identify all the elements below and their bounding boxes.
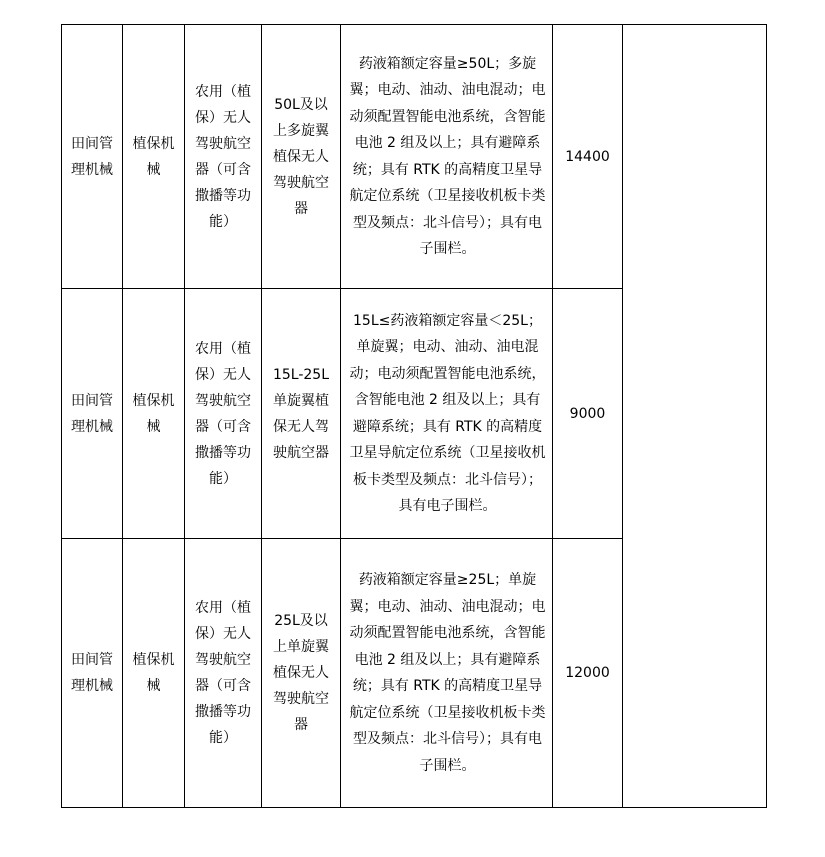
grade-cell: 50L及以上多旋翼植保无人驾驶航空器 xyxy=(262,25,341,289)
spec-text: 15L≤药液箱额定容量＜25L；单旋翼；电动、油动、油电混动；电动须配置智能电池… xyxy=(341,308,552,520)
subsidy-amount: 12000 xyxy=(553,660,622,686)
category-cell: 田间管理机械 xyxy=(62,25,123,289)
item-text: 农用（植保）无人驾驶航空器（可含撒播等功能） xyxy=(185,595,261,751)
spec-cell: 15L≤药液箱额定容量＜25L；单旋翼；电动、油动、油电混动；电动须配置智能电池… xyxy=(341,289,553,539)
item-cell: 农用（植保）无人驾驶航空器（可含撒播等功能） xyxy=(185,25,262,289)
subcategory-cell: 植保机械 xyxy=(123,25,185,289)
category-text: 田间管理机械 xyxy=(62,388,122,440)
subsidy-spec-table: 田间管理机械 植保机械 农用（植保）无人驾驶航空器（可含撒播等功能） 50L及以… xyxy=(61,24,767,808)
category-cell: 田间管理机械 xyxy=(62,289,123,539)
category-text: 田间管理机械 xyxy=(62,647,122,699)
subcategory-cell: 植保机械 xyxy=(123,289,185,539)
spec-text: 药液箱额定容量≥50L；多旋翼；电动、油动、油电混动；电动须配置智能电池系统，含… xyxy=(341,51,552,263)
item-text: 农用（植保）无人驾驶航空器（可含撒播等功能） xyxy=(185,79,261,235)
category-text: 田间管理机械 xyxy=(62,131,122,183)
subcategory-text: 植保机械 xyxy=(123,131,184,183)
grade-text: 15L-25L单旋翼植保无人驾驶航空器 xyxy=(262,362,340,466)
item-cell: 农用（植保）无人驾驶航空器（可含撒播等功能） xyxy=(185,289,262,539)
grade-text: 50L及以上多旋翼植保无人驾驶航空器 xyxy=(262,92,340,222)
spec-cell: 药液箱额定容量≥50L；多旋翼；电动、油动、油电混动；电动须配置智能电池系统，含… xyxy=(341,25,553,289)
subsidy-cell: 12000 xyxy=(553,539,623,808)
grade-text: 25L及以上单旋翼植保无人驾驶航空器 xyxy=(262,608,340,738)
subcategory-text: 植保机械 xyxy=(123,388,184,440)
grade-cell: 25L及以上单旋翼植保无人驾驶航空器 xyxy=(262,539,341,808)
item-cell: 农用（植保）无人驾驶航空器（可含撒播等功能） xyxy=(185,539,262,808)
subsidy-cell: 14400 xyxy=(553,25,623,289)
subcategory-cell: 植保机械 xyxy=(123,539,185,808)
subsidy-amount: 9000 xyxy=(553,401,622,427)
category-cell: 田间管理机械 xyxy=(62,539,123,808)
spec-text: 药液箱额定容量≥25L；单旋翼；电动、油动、油电混动；电动须配置智能电池系统，含… xyxy=(341,567,552,779)
item-text: 农用（植保）无人驾驶航空器（可含撒播等功能） xyxy=(185,336,261,492)
grade-cell: 15L-25L单旋翼植保无人驾驶航空器 xyxy=(262,289,341,539)
table-row: 田间管理机械 植保机械 农用（植保）无人驾驶航空器（可含撒播等功能） 50L及以… xyxy=(62,25,767,289)
notes-cell xyxy=(623,25,767,808)
subcategory-text: 植保机械 xyxy=(123,647,184,699)
spec-cell: 药液箱额定容量≥25L；单旋翼；电动、油动、油电混动；电动须配置智能电池系统，含… xyxy=(341,539,553,808)
subsidy-cell: 9000 xyxy=(553,289,623,539)
subsidy-amount: 14400 xyxy=(553,144,622,170)
